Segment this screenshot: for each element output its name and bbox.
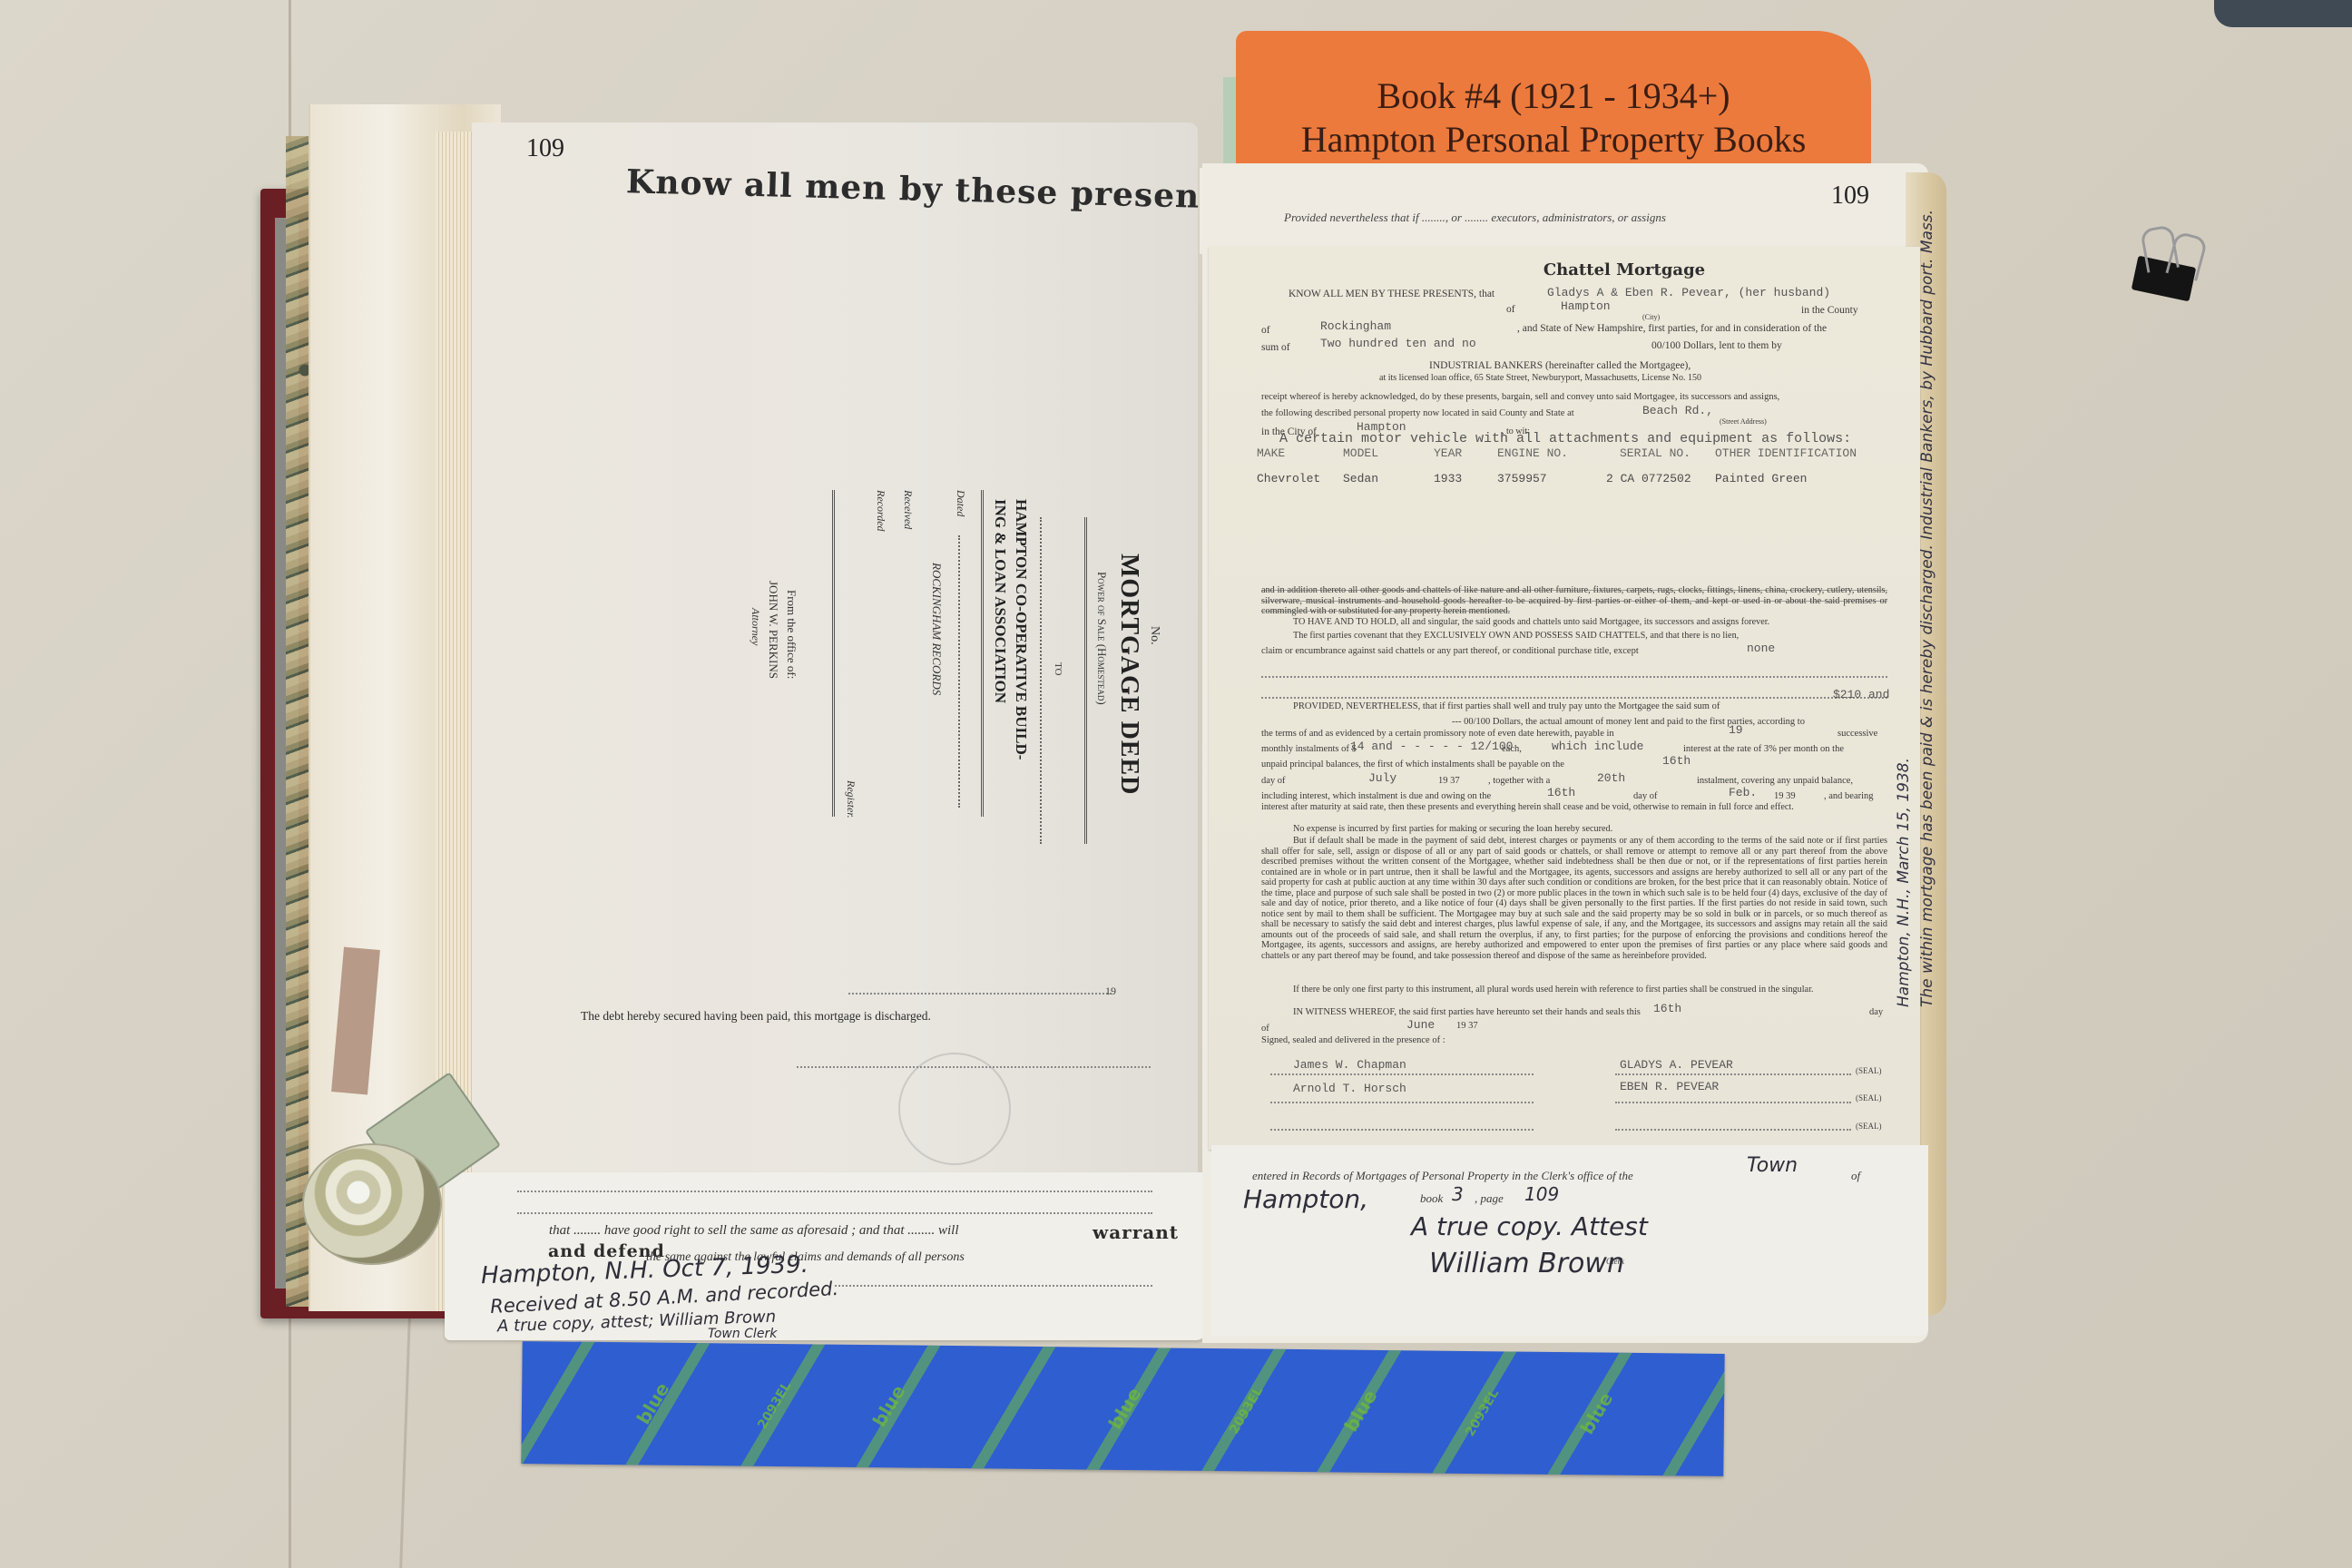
final-month: Feb. [1729, 786, 1757, 799]
witness-year: 19 37 [1456, 1021, 1478, 1031]
signature-line [1270, 1129, 1534, 1131]
deed-to-label: TO [1053, 662, 1063, 675]
witness-signature-2: Arnold T. Horsch [1293, 1082, 1406, 1095]
page-number-hand: 109 [1524, 1183, 1559, 1205]
witness-month: June [1406, 1018, 1435, 1032]
signature-line [1270, 1073, 1534, 1075]
deed-grantee-line2: ING & LOAN ASSOCIATION [991, 499, 1009, 703]
handwritten-true-copy-attest: A true copy. Attest [1411, 1211, 1648, 1241]
discharge-date-line [848, 993, 1112, 995]
street-caption: (Street Address) [1720, 417, 1767, 426]
ruled-line [1261, 676, 1887, 678]
deed-rule [1084, 517, 1087, 844]
deed-recorded-label: Recorded [874, 490, 887, 532]
provided-nevertheless-line: Provided nevertheless that if ........, … [1284, 211, 1666, 225]
bearing-label: , and bearing [1824, 791, 1874, 801]
warrant-word: warrant [1093, 1221, 1179, 1243]
maturity-clause: interest after maturity at said rate, th… [1261, 802, 1887, 813]
tab-label-line2: Hampton Personal Property Books [1236, 118, 1871, 162]
day-label: day [1869, 1007, 1883, 1017]
blue-painters-tape: blue blue blue blue blue 2093EL 2093EL 2… [521, 1341, 1724, 1476]
col-serial: SERIAL NO. [1620, 446, 1715, 460]
deed-no-label: No. [1147, 626, 1161, 645]
deed-received-label: Received [901, 490, 915, 529]
vehicle-make: Chevrolet [1257, 472, 1343, 485]
installment-count: 19 [1729, 723, 1743, 737]
dark-object-corner [2214, 0, 2352, 27]
have-and-hold-clause: TO HAVE AND TO HOLD, all and singular, t… [1293, 617, 1892, 628]
lender-address: at its licensed loan office, 65 State St… [1379, 373, 1701, 383]
clerk-signature: William Brown [1429, 1248, 1624, 1279]
vehicle-data-row: Chevrolet Sedan 1933 3759957 2 CA 077250… [1257, 472, 1807, 485]
lender-name: INDUSTRIAL BANKERS (hereinafter called t… [1429, 360, 1690, 371]
tab-label-line1: Book #4 (1921 - 1934+) [1236, 74, 1871, 118]
book-number: 3 [1452, 1183, 1464, 1205]
deed-dotted-line [1040, 517, 1042, 844]
deed-grantee-line1: HAMPTON CO-OPERATIVE BUILD- [1012, 499, 1030, 759]
receipt-clause: receipt whereof is hereby acknowledged, … [1261, 392, 1779, 402]
vehicle-model: Sedan [1343, 472, 1434, 485]
deed-attorney-title: Attorney [749, 608, 762, 645]
signature-line [1615, 1102, 1851, 1103]
col-year: YEAR [1434, 446, 1497, 460]
together-with: , together with a [1488, 776, 1550, 786]
signature-line [1615, 1073, 1851, 1075]
col-model: MODEL [1343, 446, 1434, 460]
right-page-number: 109 [1831, 181, 1869, 211]
witness-clause: IN WITNESS WHEREOF, the said first parti… [1293, 1007, 1641, 1017]
state-clause: , and State of New Hampshire, first part… [1517, 323, 1827, 334]
unpaid-clause: unpaid principal balances, the first of … [1261, 759, 1564, 769]
final-year: 19 39 [1774, 791, 1796, 801]
mortgagor-city: Hampton [1561, 299, 1611, 313]
first-payment-month: July [1368, 771, 1396, 785]
sum-suffix: 00/100 Dollars, lent to them by [1651, 340, 1782, 351]
of-label: of [1261, 325, 1270, 336]
cents-clause: --- 00/100 Dollars, the actual amount of… [1452, 717, 1805, 727]
deed-subtitle: Power of Sale (Homestead) [1094, 572, 1109, 705]
final-installment-ordinal: 20th [1597, 771, 1625, 785]
sum-label: sum of [1261, 342, 1290, 353]
entered-clause: entered in Records of Mortgages of Perso… [1252, 1169, 1633, 1183]
encumbrance-exception: none [1747, 642, 1775, 655]
sum-words: Two hundred ten and no [1320, 337, 1476, 350]
first-payment-year: 19 37 [1438, 776, 1460, 786]
deed-rule [832, 490, 835, 817]
witness-day: 16th [1653, 1002, 1681, 1015]
handwritten-town: Town [1747, 1154, 1798, 1177]
in-county-label: in the County [1801, 305, 1858, 316]
margin-note-line2: The within mortgage has been paid & is h… [1916, 210, 1939, 1007]
page-label: , page [1475, 1191, 1504, 1206]
deed-title: MORTGAGE DEED [1114, 554, 1143, 795]
seal-label: (SEAL) [1856, 1122, 1882, 1131]
seal-label: (SEAL) [1856, 1066, 1882, 1075]
margin-discharge-note: Hampton, N.H., March 15, 1938. The withi… [1892, 210, 1939, 1007]
vehicle-year: 1933 [1434, 472, 1497, 485]
discharge-statement: The debt hereby secured having been paid… [581, 1009, 931, 1024]
monthly-label: monthly instalments of $ [1261, 744, 1357, 754]
county-value: Rockingham [1320, 319, 1391, 333]
provided-amount: $210 and [1833, 688, 1889, 701]
signature-line [1615, 1129, 1851, 1131]
signed-clause: Signed, sealed and delivered in the pres… [1261, 1035, 1445, 1045]
know-all-label: KNOW ALL MEN BY THESE PRESENTS, that [1289, 289, 1494, 299]
city-caption: (City) [1642, 313, 1660, 321]
col-other-id: OTHER IDENTIFICATION [1715, 446, 1857, 460]
final-clause: instalment, covering any unpaid balance, [1697, 776, 1853, 786]
encumbrance-clause: claim or encumbrance against said chatte… [1261, 646, 1639, 656]
seal-label: (SEAL) [1856, 1093, 1882, 1102]
signature-line [1270, 1102, 1534, 1103]
of-label: of [1506, 304, 1515, 315]
ruled-line [835, 1285, 1152, 1287]
monthly-amount: 14 and - - - - - 12/100 [1350, 740, 1513, 753]
vehicle-header-row: MAKE MODEL YEAR ENGINE NO. SERIAL NO. OT… [1257, 446, 1857, 460]
deed-rule [981, 490, 984, 817]
handwritten-place: Hampton, [1243, 1184, 1368, 1214]
which-include: which include [1552, 740, 1643, 753]
no-expense-clause: No expense is incurred by first parties … [1293, 824, 1892, 835]
day-of-label: day of [1633, 791, 1658, 801]
singular-clause: If there be only one first party to this… [1261, 985, 1887, 995]
col-engine: ENGINE NO. [1497, 446, 1620, 460]
terms-clause: the terms of and as evidenced by a certa… [1261, 729, 1614, 739]
ruled-line [1261, 697, 1887, 699]
deed-county-records: ROCKINGHAM RECORDS [929, 563, 944, 695]
deed-register-label: Register. [844, 780, 857, 818]
street-address: Beach Rd., [1642, 404, 1713, 417]
vehicle-serial-no: 2 CA 0772502 [1606, 472, 1715, 485]
including-clause: including interest, which instalment is … [1261, 791, 1491, 801]
successive-label: successive [1837, 729, 1877, 739]
handwritten-clerk-title: Town Clerk [708, 1327, 777, 1341]
warrant-clause: that ........ have good right to sell th… [549, 1223, 959, 1239]
covenant-clause: The first parties covenant that they EXC… [1293, 631, 1892, 642]
year-suffix: 19 [1105, 985, 1116, 998]
book-label: book [1420, 1191, 1443, 1206]
vehicle-other-id: Painted Green [1715, 472, 1807, 485]
final-day: 16th [1547, 786, 1575, 799]
orange-tab-label: Book #4 (1921 - 1934+) Hampton Personal … [1236, 74, 1871, 162]
addition-clause: and in addition thereto all other goods … [1261, 585, 1887, 617]
ruled-line [517, 1191, 1152, 1192]
vehicle-intro: A certain motor vehicle with all attachm… [1279, 431, 1851, 446]
left-page-number: 109 [526, 134, 564, 163]
ruled-line [517, 1212, 1152, 1214]
default-clause: But if default shall be made in the paym… [1261, 836, 1887, 961]
provided-clause: PROVIDED, NEVERTHELESS, that if first pa… [1293, 701, 1720, 711]
signer-2: EBEN R. PEVEAR [1620, 1080, 1719, 1093]
clerk-label: Clerk [1606, 1257, 1624, 1266]
first-payment-day: 16th [1662, 754, 1690, 768]
witness-signature-1: James W. Chapman [1293, 1058, 1406, 1072]
signer-1: GLADYS A. PEVEAR [1620, 1058, 1733, 1072]
of-label: of [1851, 1169, 1860, 1183]
mortgagor-parties: Gladys A & Eben R. Pevear, (her husband) [1547, 286, 1830, 299]
deed-dated-line [958, 535, 960, 808]
property-clause: the following described personal propert… [1261, 408, 1574, 418]
deed-office-label: From the office of: [784, 590, 799, 679]
vehicle-engine-no: 3759957 [1497, 472, 1606, 485]
faint-seal-stamp [898, 1053, 1011, 1165]
col-make: MAKE [1257, 446, 1343, 460]
decorative-magnet[interactable] [302, 1143, 442, 1265]
of-label: of [1261, 1024, 1269, 1034]
each-label: each, [1502, 744, 1522, 754]
deed-dated-label: Dated [954, 490, 967, 516]
day-of-label: day of [1261, 776, 1286, 786]
deed-attorney-name: JOHN W. PERKINS [766, 581, 780, 679]
margin-note-line1: Hampton, N.H., March 15, 1938. [1892, 210, 1916, 1007]
interest-clause: interest at the rate of 3% per month on … [1683, 744, 1844, 754]
chattel-mortgage-title: Chattel Mortgage [1434, 260, 1815, 279]
